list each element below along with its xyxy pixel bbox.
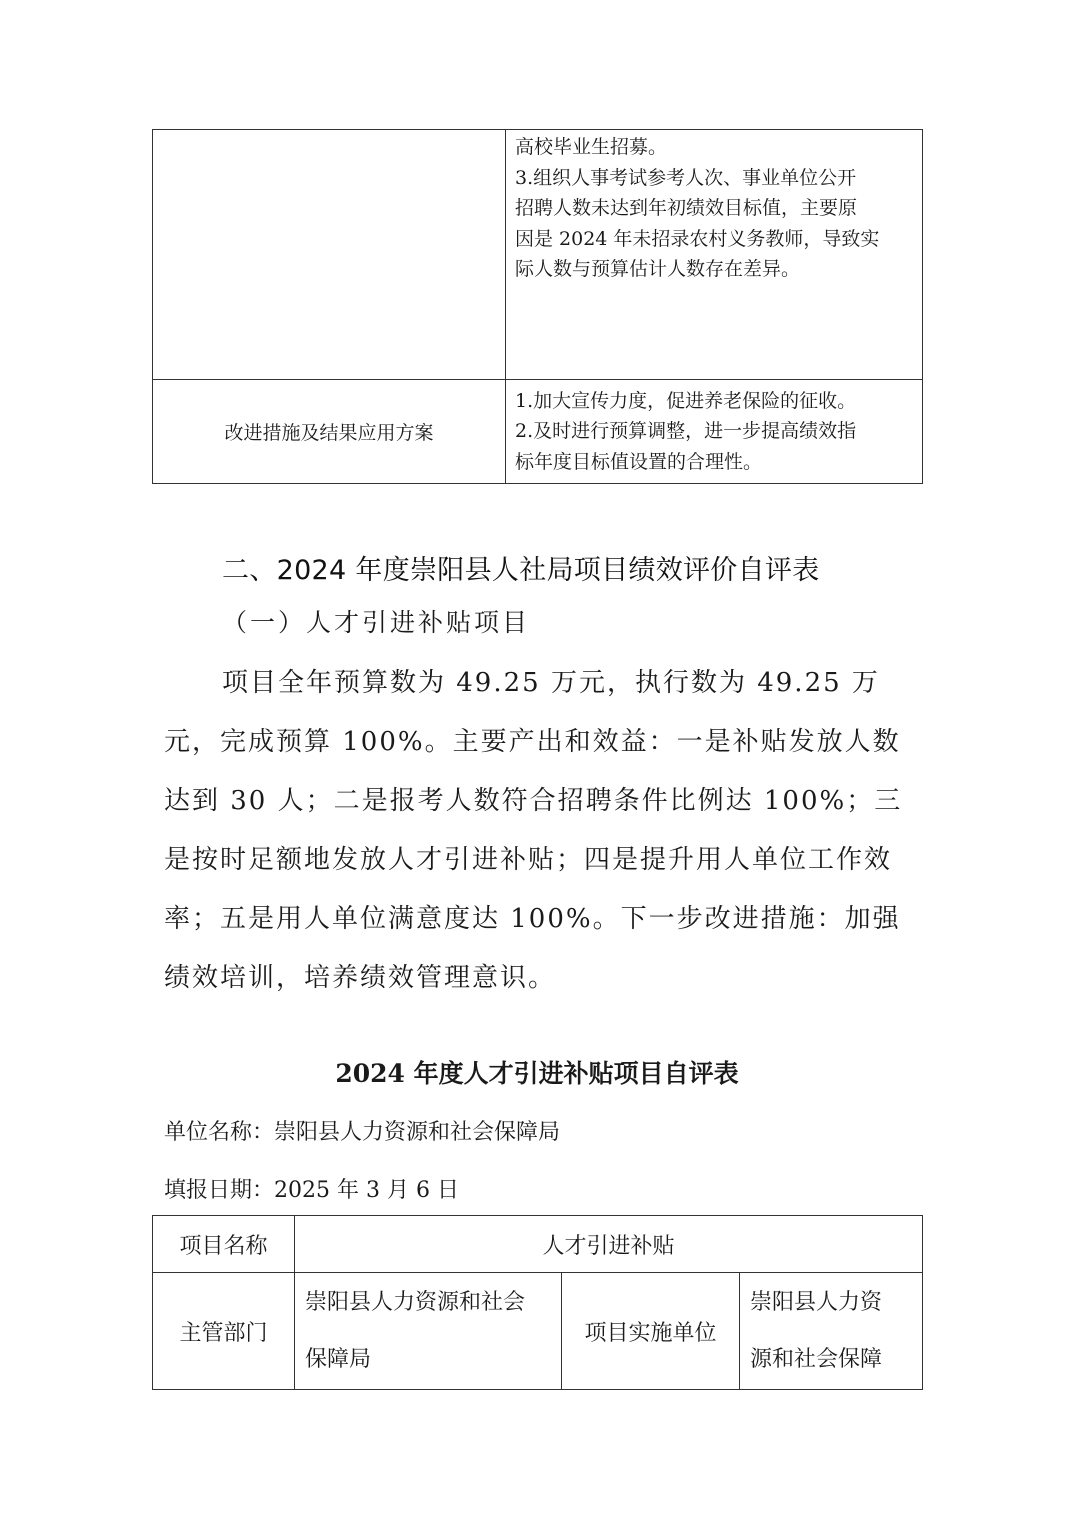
text-line: 高校毕业生招募。 [515,132,914,163]
text-line: 1.加大宣传力度，促进养老保险的征收。 [515,386,914,417]
assessment-table-continued: 高校毕业生招募。 3.组织人事考试参考人次、事业单位公开 招聘人数未达到年初绩效… [152,129,923,484]
project-name-label: 项目名称 [153,1216,295,1273]
text-line: 3.组织人事考试参考人次、事业单位公开 [515,163,914,194]
self-evaluation-table: 项目名称 人才引进补贴 主管部门 崇阳县人力资源和社会 保障局 项目实施单位 崇… [152,1215,923,1390]
dept-value: 崇阳县人力资源和社会 保障局 [295,1273,562,1390]
dept-label: 主管部门 [153,1273,295,1390]
body-paragraph: 项目全年预算数为 49.25 万元，执行数为 49.25 万元，完成预算 100… [164,654,924,1008]
table-cell-label: 改进措施及结果应用方案 [153,380,506,484]
text-line: 际人数与预算估计人数存在差异。 [515,254,914,285]
text-line: 招聘人数未达到年初绩效目标值，主要原 [515,193,914,224]
project-name-value: 人才引进补贴 [295,1216,923,1273]
table-title: 2024 年度人才引进补贴项目自评表 [0,1054,1074,1090]
table-cell-deviation-reasons: 高校毕业生招募。 3.组织人事考试参考人次、事业单位公开 招聘人数未达到年初绩效… [506,130,923,380]
text-line: 崇阳县人力资源和社会 [305,1274,560,1331]
paragraph-text: 项目全年预算数为 49.25 万元，执行数为 49.25 万元，完成预算 100… [164,654,924,1008]
subsection-heading: （一）人才引进补贴项目 [222,603,530,639]
impl-value: 崇阳县人力资 源和社会保障 [740,1273,923,1390]
table-cell-empty [153,130,506,380]
text-line: 标年度目标值设置的合理性。 [515,447,914,478]
impl-label: 项目实施单位 [562,1273,740,1390]
text-line: 崇阳县人力资 [750,1274,921,1331]
fill-date: 填报日期：2025 年 3 月 6 日 [164,1173,459,1204]
text-line: 2.及时进行预算调整，进一步提高绩效指 [515,416,914,447]
text-line: 保障局 [305,1331,560,1388]
text-line: 源和社会保障 [750,1331,921,1388]
text-line: 因是 2024 年未招录农村义务教师，导致实 [515,224,914,255]
section-heading: 二、2024 年度崇阳县人社局项目绩效评价自评表 [222,548,820,587]
table-cell-improvement-measures: 1.加大宣传力度，促进养老保险的征收。 2.及时进行预算调整，进一步提高绩效指 … [506,380,923,484]
unit-name: 单位名称：崇阳县人力资源和社会保障局 [164,1115,560,1146]
